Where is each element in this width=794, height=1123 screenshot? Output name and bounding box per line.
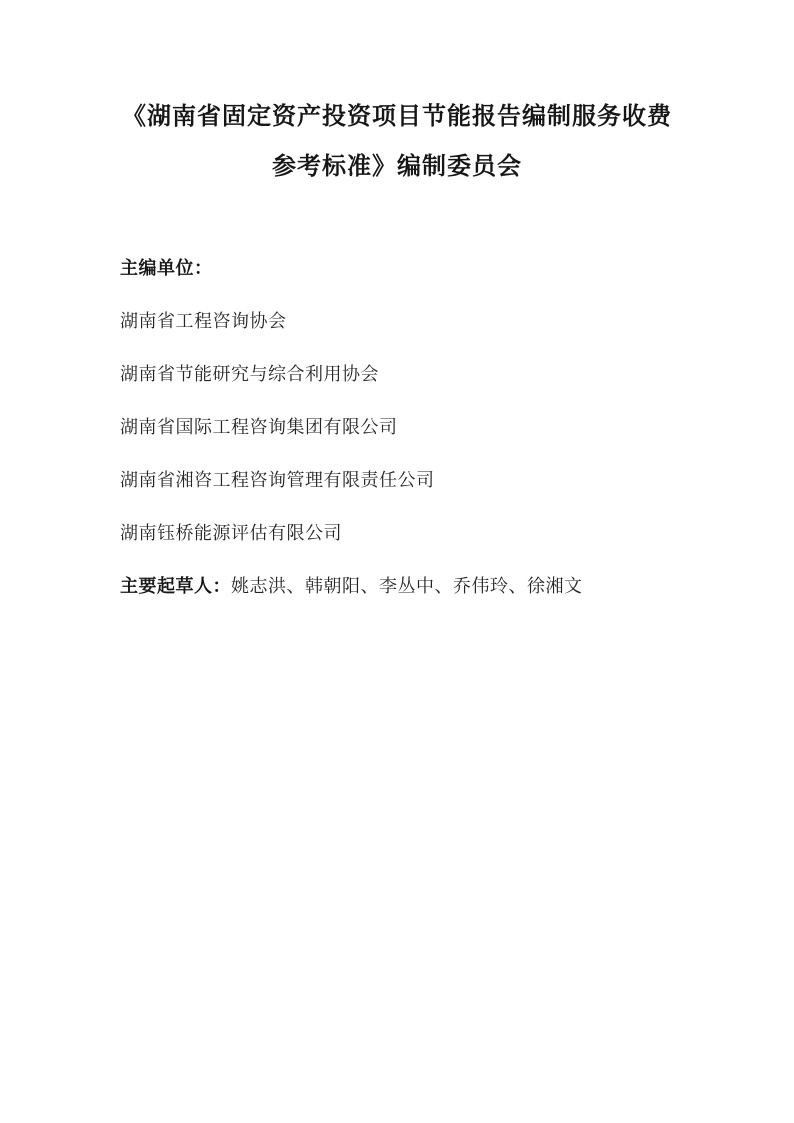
organization-item-2: 湖南省节能研究与综合利用协会 <box>120 348 694 401</box>
document-title-line2: 参考标准》编制委员会 <box>0 142 794 192</box>
document-page: 《湖南省固定资产投资项目节能报告编制服务收费 参考标准》编制委员会 主编单位： … <box>0 0 794 1123</box>
organization-item-3: 湖南省国际工程咨询集团有限公司 <box>120 401 694 454</box>
chief-editor-units-label: 主编单位： <box>120 242 694 295</box>
drafters-line: 主要起草人：姚志洪、韩朝阳、李丛中、乔伟玲、徐湘文 <box>120 560 694 613</box>
organization-item-4: 湖南省湘咨工程咨询管理有限责任公司 <box>120 454 694 507</box>
drafters-label: 主要起草人： <box>120 576 231 596</box>
document-title: 《湖南省固定资产投资项目节能报告编制服务收费 参考标准》编制委员会 <box>0 0 794 192</box>
document-body: 主编单位： 湖南省工程咨询协会 湖南省节能研究与综合利用协会 湖南省国际工程咨询… <box>120 242 694 613</box>
organization-item-5: 湖南钰桥能源评估有限公司 <box>120 507 694 560</box>
drafters-names: 姚志洪、韩朝阳、李丛中、乔伟玲、徐湘文 <box>231 576 583 596</box>
organization-item-1: 湖南省工程咨询协会 <box>120 295 694 348</box>
document-title-line1: 《湖南省固定资产投资项目节能报告编制服务收费 <box>0 92 794 142</box>
